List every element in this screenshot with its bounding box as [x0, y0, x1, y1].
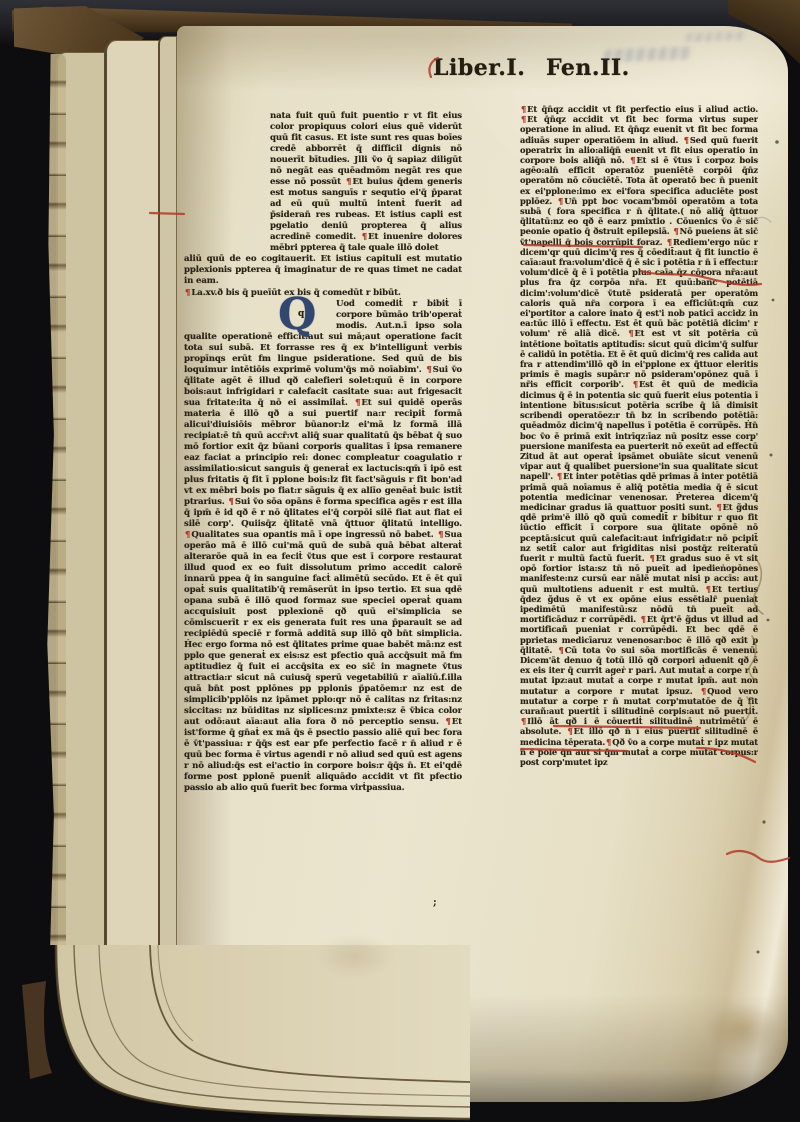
pilcrow-mark: ¶ — [558, 645, 565, 655]
text-paragraph: QqUod comediṫ r bibiṫ ī corpore būmāo tr… — [184, 299, 462, 794]
text-paragraph: nata fuit quū fuit puentio r vt fit eius… — [270, 111, 462, 254]
pilcrow-mark: ¶ — [683, 135, 690, 145]
deckle-edge — [44, 54, 66, 1006]
drop-cap-guide-letter: q — [298, 309, 304, 320]
pilcrow-mark: ¶ — [673, 226, 680, 236]
page-edge-strip — [158, 36, 178, 1009]
pilcrow-mark: ¶ — [520, 114, 527, 124]
pilcrow-mark: ¶ — [361, 232, 368, 242]
page-stack-left — [16, 28, 186, 1008]
pilcrow-mark: ¶ — [666, 237, 673, 247]
pilcrow-mark: ¶ — [184, 288, 191, 298]
pilcrow-mark: ¶ — [520, 104, 527, 114]
pilcrow-mark: ¶ — [184, 530, 191, 540]
pilcrow-mark: ¶ — [715, 502, 722, 512]
pilcrow-mark: ¶ — [228, 497, 235, 507]
chapter-rubric: ¶La.xv.ð bis q̄ pueīūt ex bis q̄ comedūt… — [184, 288, 462, 299]
pilcrow-mark: ¶ — [345, 177, 352, 187]
text-column-left: nata fuit quū fuit puentio r vt fit eius… — [184, 111, 462, 907]
text-column-right: ¶Et q̄n̄qz accidit vt fit perfectio eius… — [520, 104, 758, 898]
pilcrow-mark: ¶ — [627, 328, 634, 338]
text-paragraph: ¶Et q̄n̄qz accidit vt fit perfectio eius… — [520, 104, 758, 767]
pilcrow-mark: ¶ — [605, 737, 612, 747]
pilcrow-mark: ¶ — [632, 379, 639, 389]
pilcrow-mark: ¶ — [705, 584, 712, 594]
pilcrow-mark: ¶ — [520, 716, 527, 726]
pilcrow-mark: ¶ — [437, 530, 444, 540]
pilcrow-mark: ¶ — [567, 726, 574, 736]
page-edge-strip — [104, 40, 161, 1009]
pilcrow-mark: ¶ — [649, 553, 656, 563]
header-book-label: Liber.I. — [433, 55, 525, 81]
pilcrow-mark: ¶ — [629, 155, 636, 165]
pilcrow-mark: ¶ — [354, 398, 361, 408]
pilcrow-mark: ¶ — [640, 614, 647, 624]
catchword-mark: ; — [433, 897, 437, 908]
book-photo: { "page": { "header": { "left": "Liber.I… — [0, 0, 800, 1122]
pilcrow-mark: ¶ — [557, 196, 564, 206]
header-section-label: Fen.II. — [546, 55, 630, 81]
text-paragraph: aliū quū de eo cogitauerit. Et istius ca… — [184, 254, 462, 287]
pilcrow-mark: ¶ — [444, 717, 451, 727]
pilcrow-mark: ¶ — [425, 365, 432, 375]
pilcrow-mark: ¶ — [700, 686, 707, 696]
pilcrow-mark: ¶ — [556, 471, 563, 481]
